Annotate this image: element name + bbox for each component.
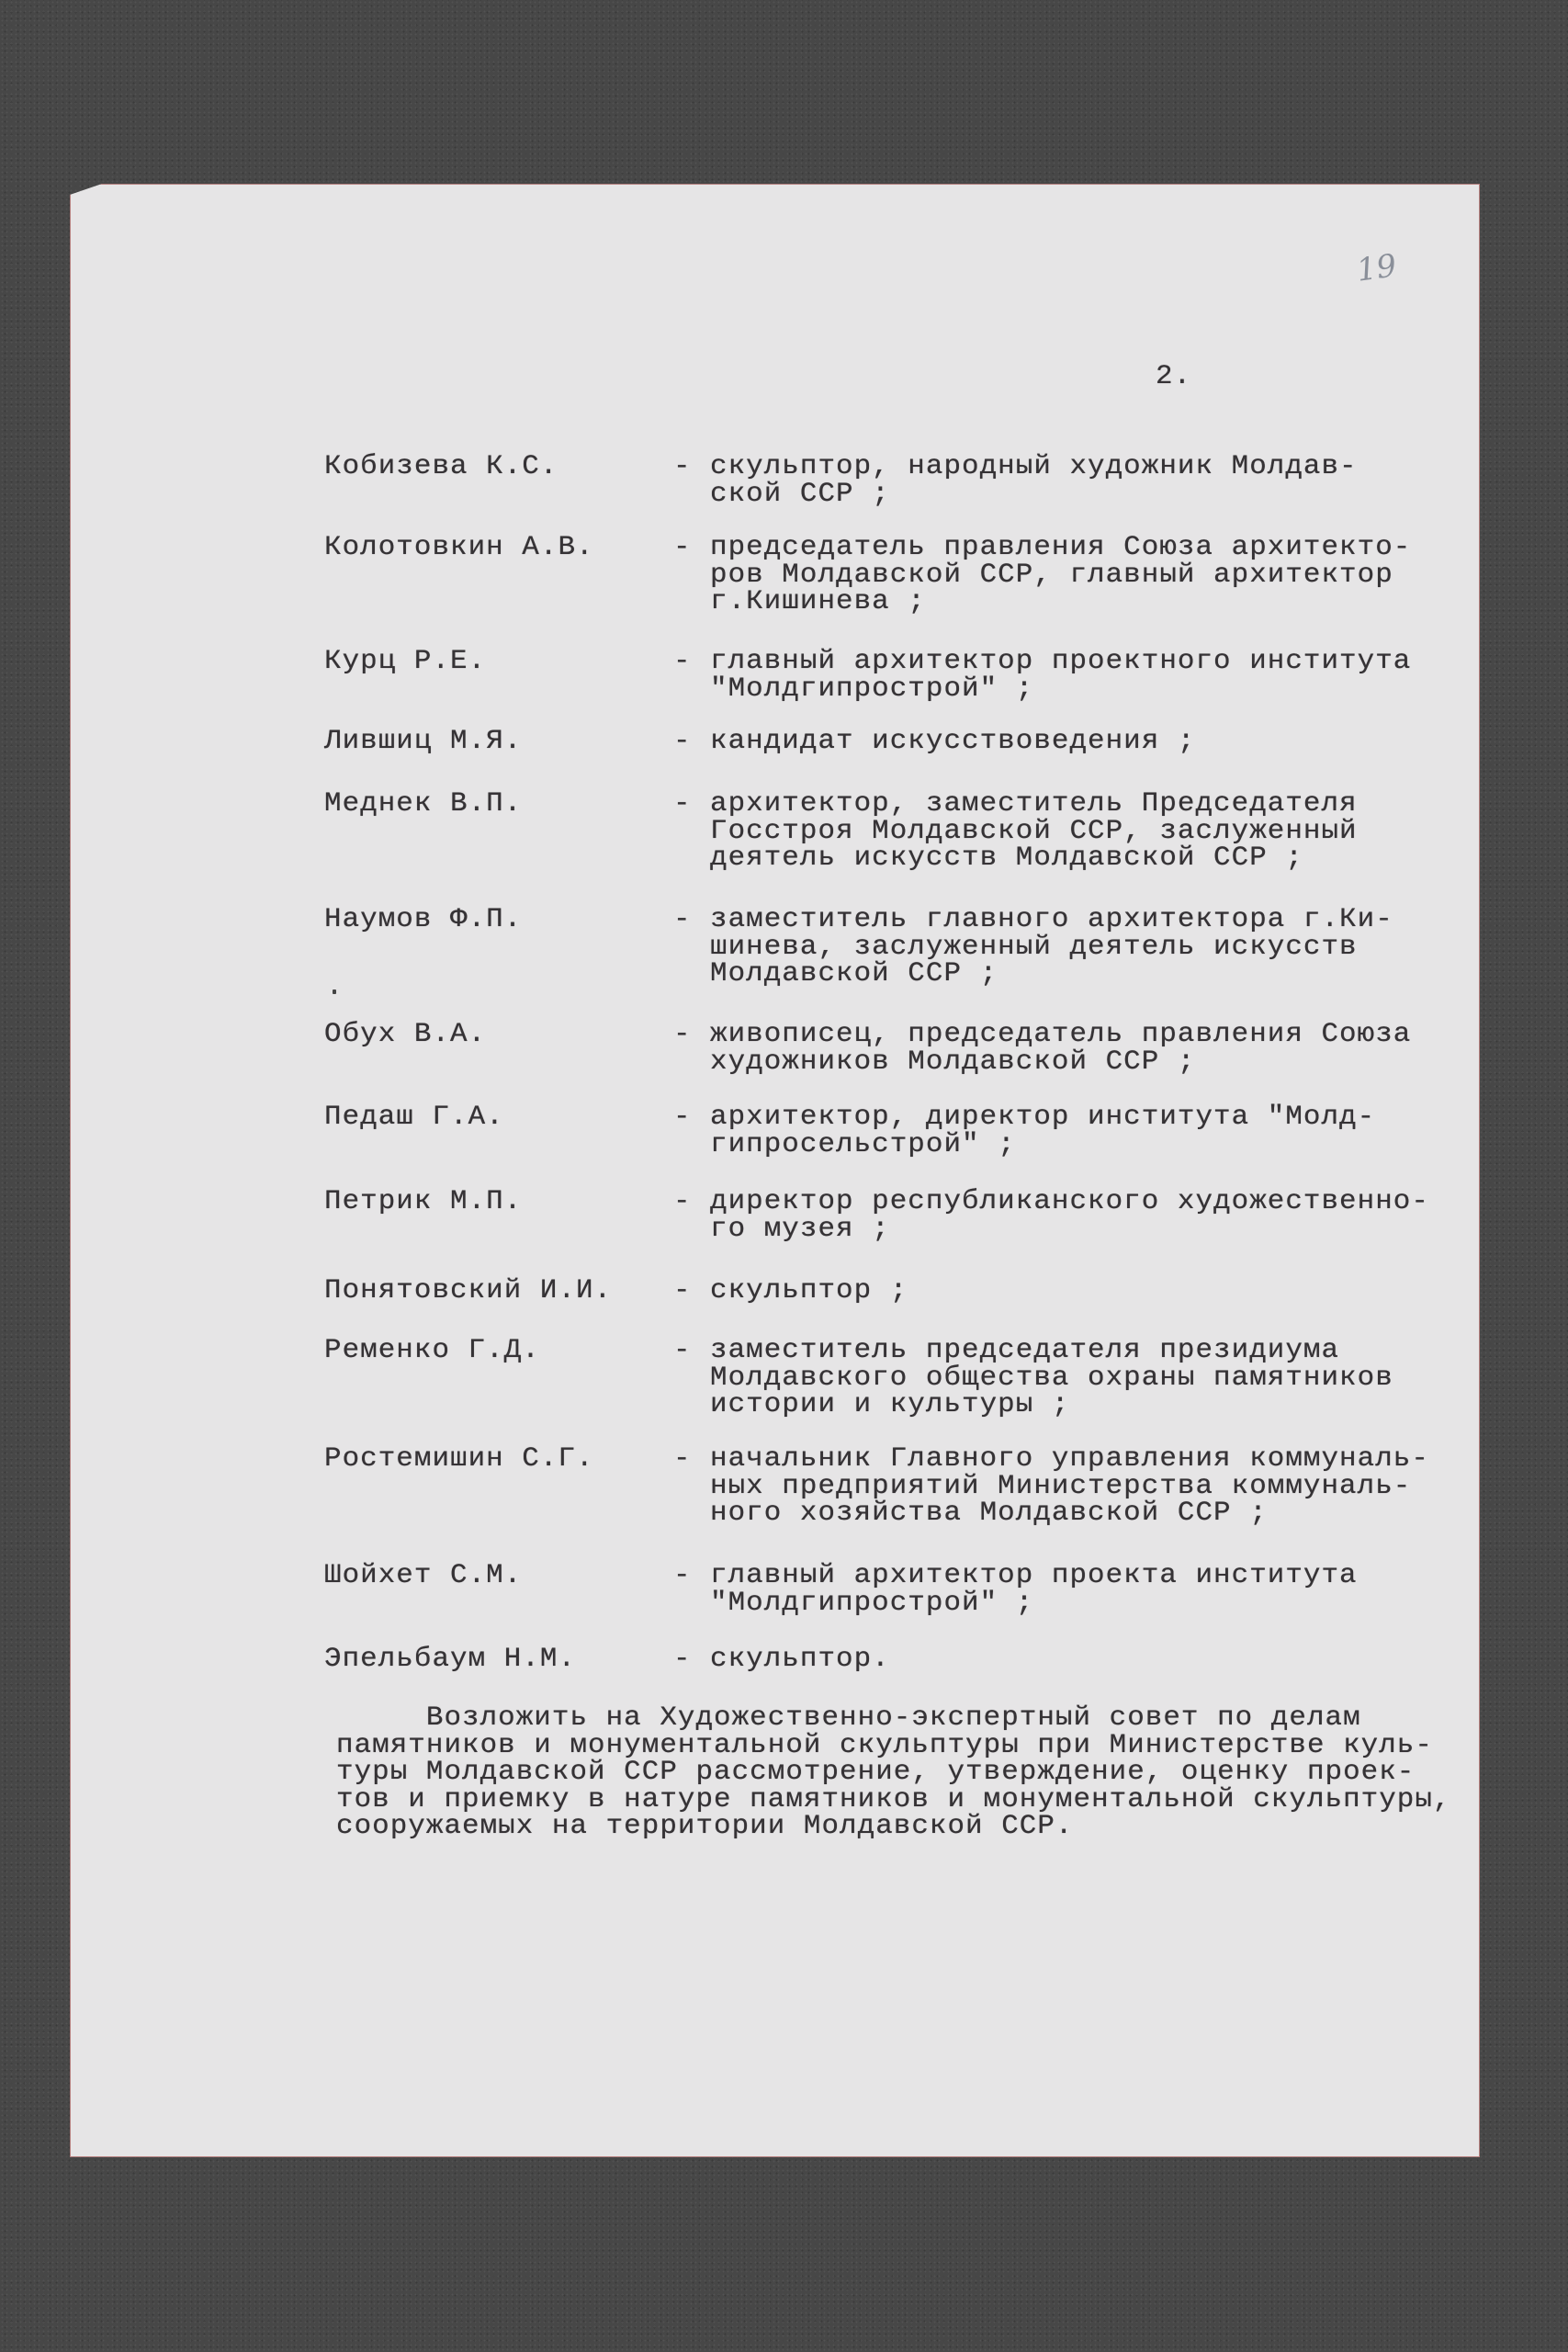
dash-separator: - — [673, 454, 692, 481]
dash-separator: - — [673, 1646, 692, 1674]
member-description: скульптор. — [710, 1646, 890, 1674]
member-name: Петрик М.П. — [324, 1189, 522, 1216]
member-name: Эпельбаум Н.М. — [324, 1646, 576, 1674]
dash-separator: - — [673, 1189, 692, 1216]
dash-separator: - — [673, 1338, 692, 1365]
closing-paragraph: Возложить на Художественно-экспертный со… — [336, 1705, 1451, 1841]
member-description: скульптор, народный художник Молдав- ско… — [710, 454, 1358, 508]
member-name: Курц Р.Е. — [324, 649, 486, 676]
dash-separator: - — [673, 907, 692, 934]
member-description: живописец, председатель правления Союза … — [710, 1022, 1411, 1076]
dash-separator: - — [673, 791, 692, 819]
dash-separator: - — [673, 1104, 692, 1132]
page-number: 2. — [1156, 364, 1191, 391]
member-description: заместитель главного архитектора г.Ки- ш… — [710, 907, 1393, 989]
member-name: Меднек В.П. — [324, 791, 522, 819]
member-description: главный архитектор проектного института … — [710, 649, 1411, 703]
dash-separator: - — [673, 1563, 692, 1590]
member-description: начальник Главного управления коммуналь-… — [710, 1446, 1429, 1528]
member-name: Педаш Г.А. — [324, 1104, 504, 1132]
member-description: кандидат искусствоведения ; — [710, 729, 1195, 756]
member-name: Шойхет С.М. — [324, 1563, 522, 1590]
dash-separator: - — [673, 729, 692, 756]
member-name: Обух В.А. — [324, 1022, 486, 1049]
dash-separator: - — [673, 1446, 692, 1474]
member-description: архитектор, заместитель Председателя Гос… — [710, 791, 1358, 873]
dash-separator: - — [673, 1278, 692, 1306]
member-name: Понятовский И.И. — [324, 1278, 612, 1306]
member-name: Наумов Ф.П. — [324, 907, 522, 934]
member-name: Ростемишин С.Г. — [324, 1446, 594, 1474]
member-description: скульптор ; — [710, 1278, 908, 1306]
member-name: Ременко Г.Д. — [324, 1338, 540, 1365]
member-name: Кобизева К.С. — [324, 454, 558, 481]
archive-folio-number: 19 — [1354, 247, 1398, 289]
member-name: Колотовкин А.В. — [324, 535, 594, 562]
member-description: главный архитектор проекта института "Мо… — [710, 1563, 1358, 1617]
member-description: директор республиканского художественно-… — [710, 1189, 1429, 1243]
member-description: председатель правления Союза архитекто- … — [710, 535, 1411, 616]
dash-separator: - — [673, 535, 692, 562]
member-description: архитектор, директор института "Молд- ги… — [710, 1104, 1375, 1159]
dash-separator: - — [673, 1022, 692, 1049]
ink-speck — [333, 989, 336, 994]
member-name: Лившиц М.Я. — [324, 729, 522, 756]
member-description: заместитель председателя президиума Молд… — [710, 1338, 1393, 1419]
dash-separator: - — [673, 649, 692, 676]
